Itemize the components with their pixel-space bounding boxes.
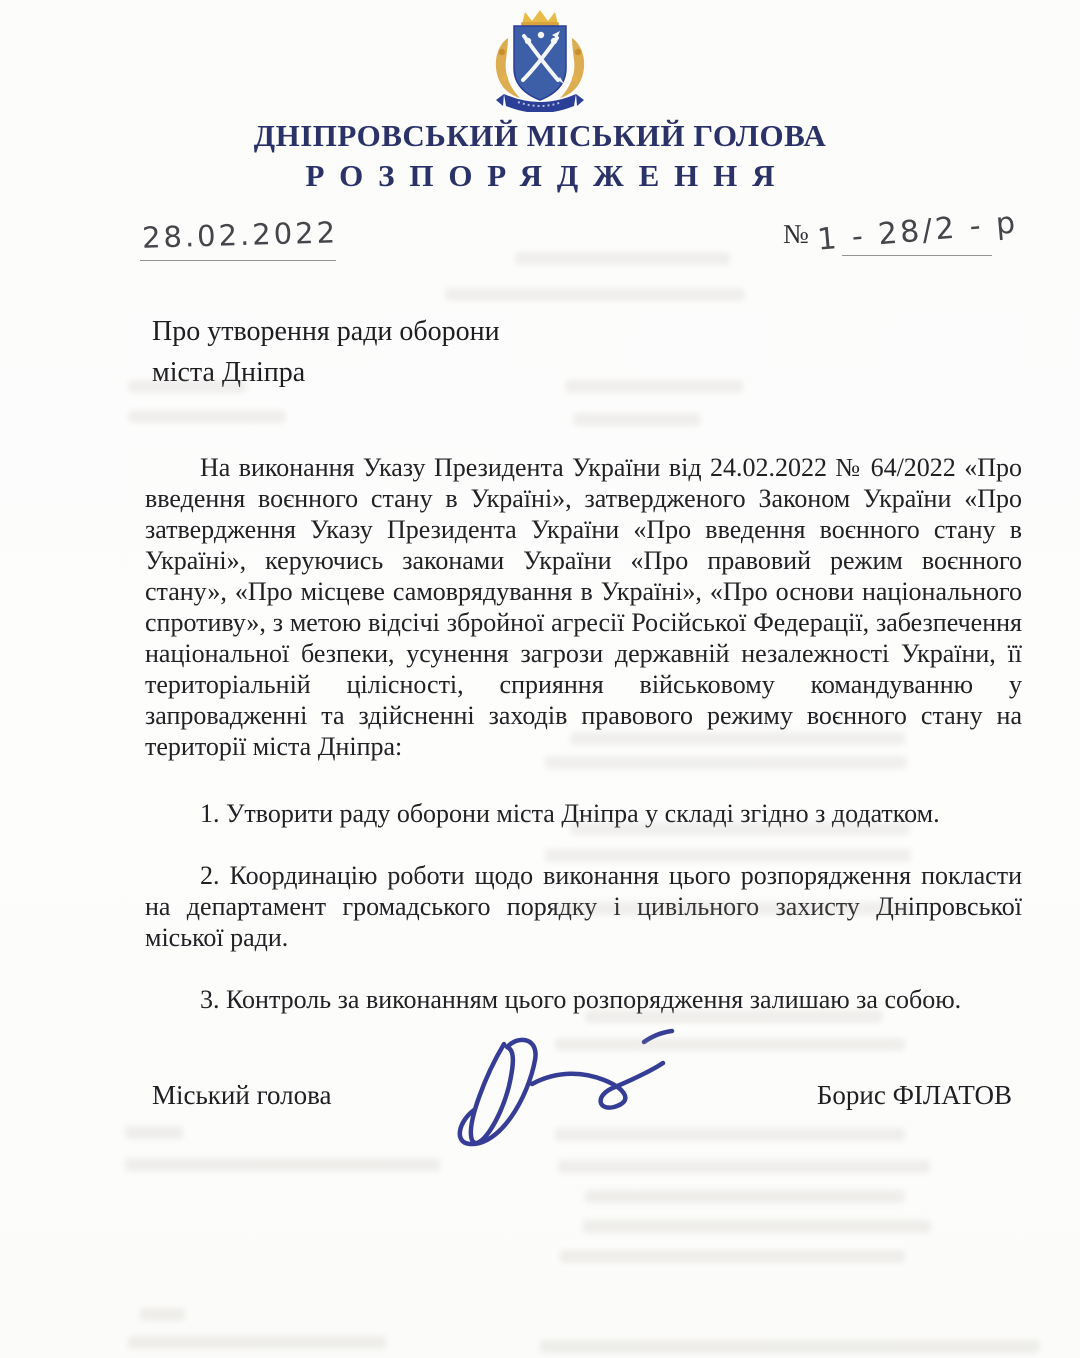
bleed-through-artifact	[558, 1160, 930, 1173]
document-subject: Про утворення ради оборони міста Дніпра	[152, 312, 542, 393]
handwritten-signature	[408, 1022, 718, 1159]
bleed-through-artifact	[125, 1126, 183, 1139]
bleed-through-artifact	[573, 413, 701, 426]
bleed-through-artifact	[540, 1340, 1040, 1353]
bleed-through-artifact	[565, 380, 743, 393]
bleed-through-artifact	[560, 1250, 905, 1263]
bleed-through-artifact	[140, 1308, 185, 1321]
order-item-3: 3. Контроль за виконанням цього розпоряд…	[145, 984, 1022, 1015]
bleed-through-artifact	[515, 252, 730, 265]
date-underline	[140, 254, 336, 261]
document-date: 28.02.2022	[140, 218, 340, 261]
bleed-through-artifact	[125, 1158, 440, 1171]
bleed-through-artifact	[128, 1336, 386, 1349]
bleed-through-artifact	[585, 1190, 905, 1203]
document-body: На виконання Указу Президента України ві…	[145, 452, 1022, 1015]
preamble-paragraph: На виконання Указу Президента України ві…	[145, 452, 1022, 762]
bleed-through-artifact	[583, 1220, 931, 1233]
document-type-title: РОЗПОРЯДЖЕННЯ	[0, 158, 1080, 194]
document-page: ДНІПРОВСЬКИЙ МІСЬКИЙ ГОЛОВА РОЗПОРЯДЖЕНН…	[0, 0, 1080, 1358]
issuing-authority-title: ДНІПРОВСЬКИЙ МІСЬКИЙ ГОЛОВА	[0, 118, 1080, 154]
signer-role: Міський голова	[152, 1080, 331, 1111]
document-number: № 1 - 28/2 - р	[783, 214, 1018, 256]
bleed-through-artifact	[128, 410, 286, 423]
order-item-1: 1. Утворити раду оборони міста Дніпра у …	[145, 798, 1022, 829]
dnipro-coat-of-arms-icon	[478, 8, 602, 112]
handwritten-date: 28.02.2022	[142, 215, 339, 254]
numero-sign: №	[783, 219, 809, 256]
bleed-through-artifact	[445, 288, 745, 301]
signer-name: Борис ФІЛАТОВ	[817, 1080, 1012, 1111]
emblem-container	[0, 8, 1080, 112]
order-item-2: 2. Координацію роботи щодо виконання цьо…	[145, 860, 1022, 953]
